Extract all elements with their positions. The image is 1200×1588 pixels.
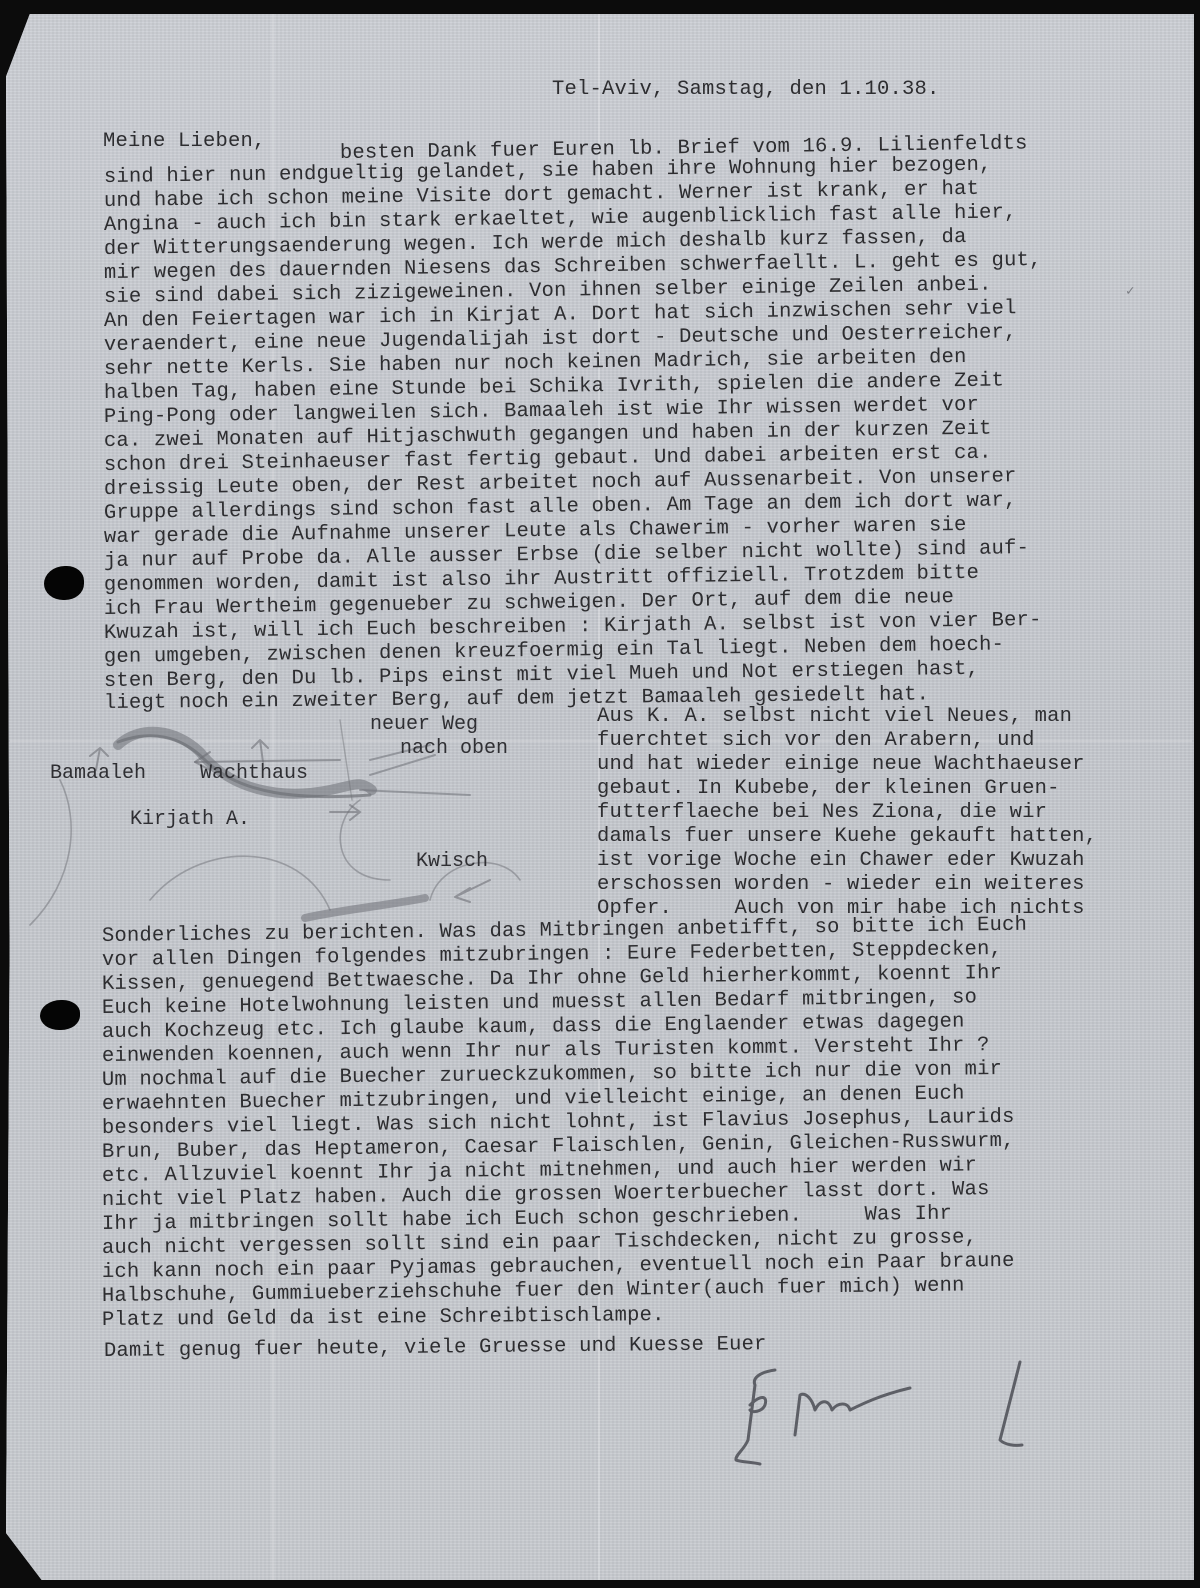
column-line: futterflaeche bei Nes Ziona, die wir — [597, 801, 1047, 825]
punch-hole — [40, 1000, 80, 1030]
column-line: damals fuer unsere Kuehe gekauft hatten, — [597, 825, 1097, 849]
column-line: ist vorige Woche ein Chawer eder Kwuzah — [597, 849, 1085, 873]
sketch-label-wachthaus: Wachthaus — [200, 762, 308, 785]
column-line: gebaut. In Kubebe, der kleinen Gruen- — [597, 777, 1060, 801]
punch-hole — [44, 566, 84, 600]
column-line: erschossen worden - wieder ein weiteres — [597, 873, 1085, 897]
salutation: Meine Lieben, — [103, 130, 266, 154]
dateline: Tel-Aviv, Samstag, den 1.10.38. — [552, 78, 940, 102]
sketch-label-bamaaleh: Bamaaleh — [50, 762, 146, 785]
sketch-label-kwisch: Kwisch — [416, 850, 488, 873]
margin-check-mark: ✓ — [1126, 283, 1134, 300]
body-line: Platz und Geld da ist eine Schreibtischl… — [102, 1304, 665, 1333]
column-line: Aus K. A. selbst nicht viel Neues, man — [597, 705, 1072, 729]
column-line: und hat wieder einige neue Wachthaeuser — [597, 753, 1085, 777]
sketch-label-neuer-weg: neuer Weg — [370, 713, 478, 736]
sketch-label-kirjath: Kirjath A. — [130, 808, 250, 831]
column-line: fuerchtet sich vor den Arabern, und — [597, 729, 1035, 753]
sketch-label-nach-oben: nach oben — [400, 737, 508, 760]
